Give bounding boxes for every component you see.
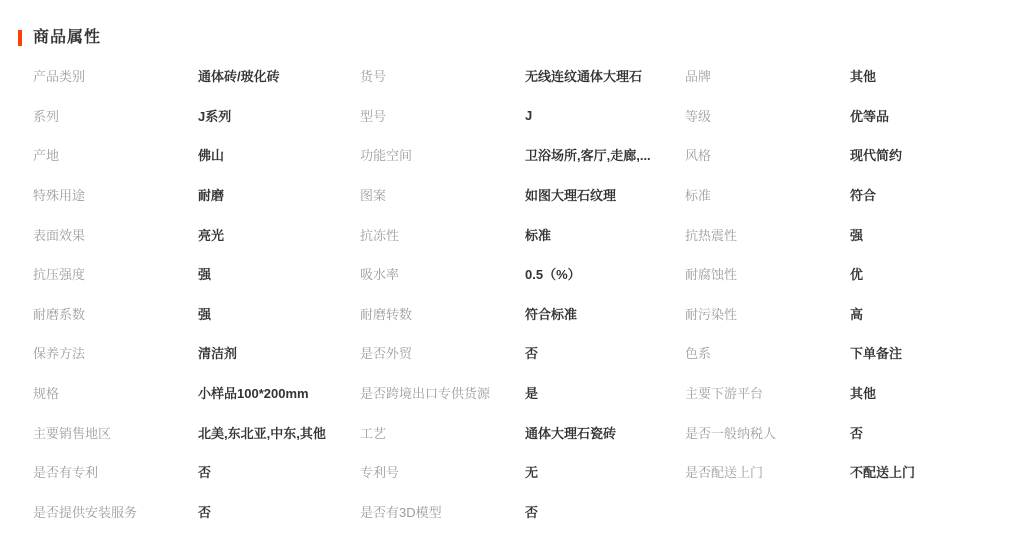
attribute-row-has-3d-model: 是否有3D模型 否 (360, 492, 685, 532)
attribute-value: 北美,东北亚,中东,其他 (198, 423, 326, 442)
attribute-label: 等级 (685, 106, 850, 125)
attribute-value: 优等品 (850, 106, 889, 125)
attribute-label: 产品类别 (33, 66, 198, 85)
attribute-row-home-delivery: 是否配送上门 不配送上门 (685, 452, 1034, 492)
attribute-value: 耐磨 (198, 185, 224, 204)
attribute-value: 清洁剂 (198, 343, 237, 362)
product-attributes-panel: 商品属性 产品类别 通体砖/玻化砖 系列 J系列 产地 佛山 特殊用途 耐磨 表… (0, 0, 1034, 540)
attribute-value: 符合标准 (525, 304, 577, 323)
attribute-row-corrosion-resistance: 耐腐蚀性 优 (685, 254, 1034, 294)
attribute-value: 符合 (850, 185, 876, 204)
attribute-value: 无线连纹通体大理石 (525, 66, 642, 85)
attribute-row-abrasion-revolutions: 耐磨转数 符合标准 (360, 294, 685, 334)
attribute-row-standard: 标准 符合 (685, 175, 1034, 215)
attribute-row-installation-service: 是否提供安装服务 否 (33, 492, 360, 532)
attribute-row-maintenance: 保养方法 清洁剂 (33, 333, 360, 373)
attribute-row-color-family: 色系 下单备注 (685, 333, 1034, 373)
attribute-label: 抗压强度 (33, 264, 198, 283)
attribute-label: 功能空间 (360, 145, 525, 164)
attribute-value: J (525, 108, 532, 123)
attribute-row-compressive-strength: 抗压强度 强 (33, 254, 360, 294)
attribute-value: 是 (525, 383, 538, 402)
attribute-label: 主要销售地区 (33, 423, 198, 442)
section-header: 商品属性 (18, 29, 101, 47)
attribute-value: 无 (525, 462, 538, 481)
attributes-column-1: 产品类别 通体砖/玻化砖 系列 J系列 产地 佛山 特殊用途 耐磨 表面效果 亮… (33, 56, 360, 531)
attribute-value: 否 (525, 502, 538, 521)
attribute-row-sales-regions: 主要销售地区 北美,东北亚,中东,其他 (33, 412, 360, 452)
attribute-label: 表面效果 (33, 225, 198, 244)
attribute-label: 是否有3D模型 (360, 502, 525, 521)
attribute-label: 货号 (360, 66, 525, 85)
attribute-row-special-use: 特殊用途 耐磨 (33, 175, 360, 215)
attribute-row-series: 系列 J系列 (33, 96, 360, 136)
attribute-row-model: 型号 J (360, 96, 685, 136)
attribute-row-crossborder-supply: 是否跨境出口专供货源 是 (360, 373, 685, 413)
attribute-value: 不配送上门 (850, 462, 915, 481)
attribute-row-stain-resistance: 耐污染性 高 (685, 294, 1034, 334)
attribute-value: 优 (850, 264, 863, 283)
attribute-value: 佛山 (198, 145, 224, 164)
attribute-row-wear-coefficient: 耐磨系数 强 (33, 294, 360, 334)
attribute-label: 色系 (685, 343, 850, 362)
attribute-row-product-category: 产品类别 通体砖/玻化砖 (33, 56, 360, 96)
attribute-value: J系列 (198, 106, 231, 125)
attribute-row-specification: 规格 小样品100*200mm (33, 373, 360, 413)
attribute-value: 强 (198, 264, 211, 283)
attribute-label: 耐磨系数 (33, 304, 198, 323)
attribute-label: 是否提供安装服务 (33, 502, 198, 521)
attribute-label: 风格 (685, 145, 850, 164)
attribute-label: 工艺 (360, 423, 525, 442)
attribute-row-surface-effect: 表面效果 亮光 (33, 214, 360, 254)
attribute-value: 下单备注 (850, 343, 902, 362)
attribute-label: 是否跨境出口专供货源 (360, 383, 525, 402)
attribute-row-has-patent: 是否有专利 否 (33, 452, 360, 492)
attribute-label: 耐磨转数 (360, 304, 525, 323)
attributes-column-2: 货号 无线连纹通体大理石 型号 J 功能空间 卫浴场所,客厅,走廊,... 图案… (360, 56, 685, 531)
attribute-value: 0.5（%） (525, 264, 581, 283)
attribute-label: 保养方法 (33, 343, 198, 362)
attribute-row-craft: 工艺 通体大理石瓷砖 (360, 412, 685, 452)
attribute-row-style: 风格 现代简约 (685, 135, 1034, 175)
attribute-label: 产地 (33, 145, 198, 164)
attribute-value: 如图大理石纹理 (525, 185, 616, 204)
attribute-row-origin: 产地 佛山 (33, 135, 360, 175)
attribute-label: 抗冻性 (360, 225, 525, 244)
attribute-label: 耐污染性 (685, 304, 850, 323)
attribute-label: 是否有专利 (33, 462, 198, 481)
attribute-value: 高 (850, 304, 863, 323)
attribute-label: 耐腐蚀性 (685, 264, 850, 283)
attribute-value: 通体大理石瓷砖 (525, 423, 616, 442)
attribute-value: 通体砖/玻化砖 (198, 66, 280, 85)
attribute-row-item-number: 货号 无线连纹通体大理石 (360, 56, 685, 96)
attributes-column-3: 品牌 其他 等级 优等品 风格 现代简约 标准 符合 抗热震性 强 耐腐蚀性 优 (685, 56, 1034, 531)
attributes-grid: 产品类别 通体砖/玻化砖 系列 J系列 产地 佛山 特殊用途 耐磨 表面效果 亮… (33, 56, 1034, 531)
attribute-row-foreign-trade: 是否外贸 否 (360, 333, 685, 373)
section-title: 商品属性 (33, 29, 101, 47)
attribute-label: 是否外贸 (360, 343, 525, 362)
attribute-row-grade: 等级 优等品 (685, 96, 1034, 136)
attribute-row-brand: 品牌 其他 (685, 56, 1034, 96)
attribute-value: 否 (198, 502, 211, 521)
attribute-row-general-taxpayer: 是否一般纳税人 否 (685, 412, 1034, 452)
attribute-label: 品牌 (685, 66, 850, 85)
attribute-row-pattern: 图案 如图大理石纹理 (360, 175, 685, 215)
attribute-label: 图案 (360, 185, 525, 204)
accent-bar (18, 30, 22, 46)
attribute-label: 规格 (33, 383, 198, 402)
attribute-row-functional-space: 功能空间 卫浴场所,客厅,走廊,... (360, 135, 685, 175)
attribute-label: 主要下游平台 (685, 383, 850, 402)
attribute-label: 吸水率 (360, 264, 525, 283)
attribute-value: 强 (850, 225, 863, 244)
attribute-label: 特殊用途 (33, 185, 198, 204)
attribute-value: 其他 (850, 383, 876, 402)
attribute-value: 亮光 (198, 225, 224, 244)
attribute-row-frost-resistance: 抗冻性 标准 (360, 214, 685, 254)
attribute-value: 其他 (850, 66, 876, 85)
attribute-label: 标准 (685, 185, 850, 204)
attribute-value: 否 (525, 343, 538, 362)
attribute-label: 是否一般纳税人 (685, 423, 850, 442)
attribute-value: 小样品100*200mm (198, 383, 309, 402)
attribute-value: 标准 (525, 225, 551, 244)
attribute-value: 卫浴场所,客厅,走廊,... (525, 145, 651, 164)
attribute-label: 抗热震性 (685, 225, 850, 244)
attribute-value: 现代简约 (850, 145, 902, 164)
attribute-label: 型号 (360, 106, 525, 125)
attribute-label: 是否配送上门 (685, 462, 850, 481)
attribute-row-patent-number: 专利号 无 (360, 452, 685, 492)
attribute-row-water-absorption: 吸水率 0.5（%） (360, 254, 685, 294)
attribute-label: 专利号 (360, 462, 525, 481)
attribute-value: 否 (198, 462, 211, 481)
attribute-value: 否 (850, 423, 863, 442)
attribute-value: 强 (198, 304, 211, 323)
attribute-label: 系列 (33, 106, 198, 125)
attribute-row-thermal-shock-resistance: 抗热震性 强 (685, 214, 1034, 254)
attribute-row-downstream-platform: 主要下游平台 其他 (685, 373, 1034, 413)
